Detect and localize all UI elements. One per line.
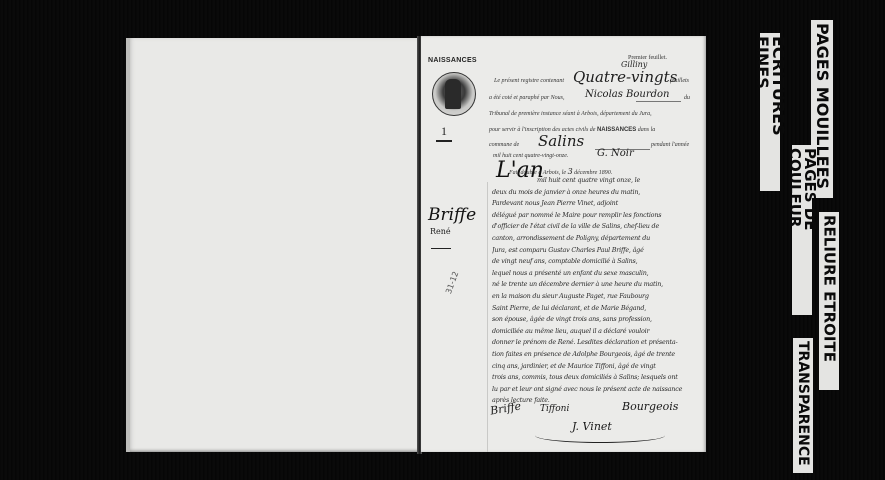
preamble-line-5: commune de (489, 142, 519, 148)
signature-witness-1: Tiffoni (540, 404, 569, 414)
register-number: 1 (441, 124, 447, 139)
number-underline (436, 140, 452, 142)
signature-witness-2: Bourgeois (622, 400, 678, 413)
preamble-line-1: Le présent registre contenant (494, 78, 564, 84)
act-line: deux du mois de janvier à onze heures du… (492, 187, 702, 199)
act-line: Pardevant nous Jean Pierre Vinet, adjoin… (492, 198, 702, 210)
act-line: délégué par nommé le Maire pour remplir … (492, 210, 702, 222)
act-line: mil huit cent quatre vingt onze, le (492, 175, 702, 187)
strip-pages-de-couleur: PAGES DE COULEUR (792, 145, 812, 315)
act-annotation-above: G. Noir (597, 148, 634, 159)
left-page-blank (126, 38, 419, 452)
strip-transparence: TRANSPARENCE (793, 338, 813, 473)
preamble-line-3: Tribunal de première instance séant à Ar… (489, 111, 652, 117)
margin-divider (431, 248, 451, 249)
preamble-text: dans la (638, 127, 656, 133)
act-body: mil huit cent quatre vingt onze, le deux… (492, 183, 702, 407)
preamble-text: Le présent registre contenant (494, 78, 564, 84)
strip-reliure-etroite: RELIURE ETROITE (819, 212, 839, 390)
act-line: canton, arrondissement de Poligny, dépar… (492, 233, 702, 245)
act-line: lequel nous a présenté un enfant du sexe… (492, 268, 702, 280)
act-line: Jura, est comparu Gustav Charles Paul Br… (492, 245, 702, 257)
act-line: son épouse, âgée de vingt trois ans, san… (492, 314, 702, 326)
margin-surname: Briffe (428, 205, 476, 225)
preamble-suffix: du (684, 95, 690, 101)
act-line: en la maison du sieur Auguste Paget, rue… (492, 291, 702, 303)
act-line: trois ans, commis, tous deux domiciliés … (492, 372, 702, 384)
handwritten-count: Quatre-vingts (573, 68, 677, 86)
preamble-suffix: pendant l'année (651, 142, 689, 148)
act-line: né le trente un décembre dernier à une h… (492, 279, 702, 291)
margin-first-name: René (430, 227, 451, 236)
act-line: de vingt neuf ans, comptable domicilié à… (492, 256, 702, 268)
act-line: tion faites en présence de Adolphe Bourg… (492, 349, 702, 361)
act-line: donner le prénom de René. Lesdites décla… (492, 337, 702, 349)
handwritten-judge-name: Nicolas Bourdon (585, 89, 670, 100)
margin-rule (487, 182, 488, 452)
preamble-bold: NAISSANCES (597, 127, 636, 133)
preamble-suffix: feuillets (670, 78, 689, 84)
section-header: NAISSANCES (428, 57, 477, 64)
signature-flourish (535, 428, 665, 443)
act-line: lu par et leur ont signé avec nous le pr… (492, 384, 702, 396)
republic-seal-icon (432, 72, 476, 116)
act-line: cinq ans, jardinier, et de Maurice Tiffo… (492, 361, 702, 373)
handwritten-commune: Salins (538, 132, 584, 150)
act-line: d'officier de l'état civil de la ville d… (492, 221, 702, 233)
act-line: domiciliée au même lieu, auquel il a déc… (492, 326, 702, 338)
fill-line (636, 101, 681, 102)
preamble-line-2: a été coté et paraphé par Nous, (489, 95, 565, 101)
strip-ecritures-fines: ECRITURES FINES (760, 33, 780, 191)
act-line: Saint Pierre, de lui déclarant, et de Ma… (492, 303, 702, 315)
